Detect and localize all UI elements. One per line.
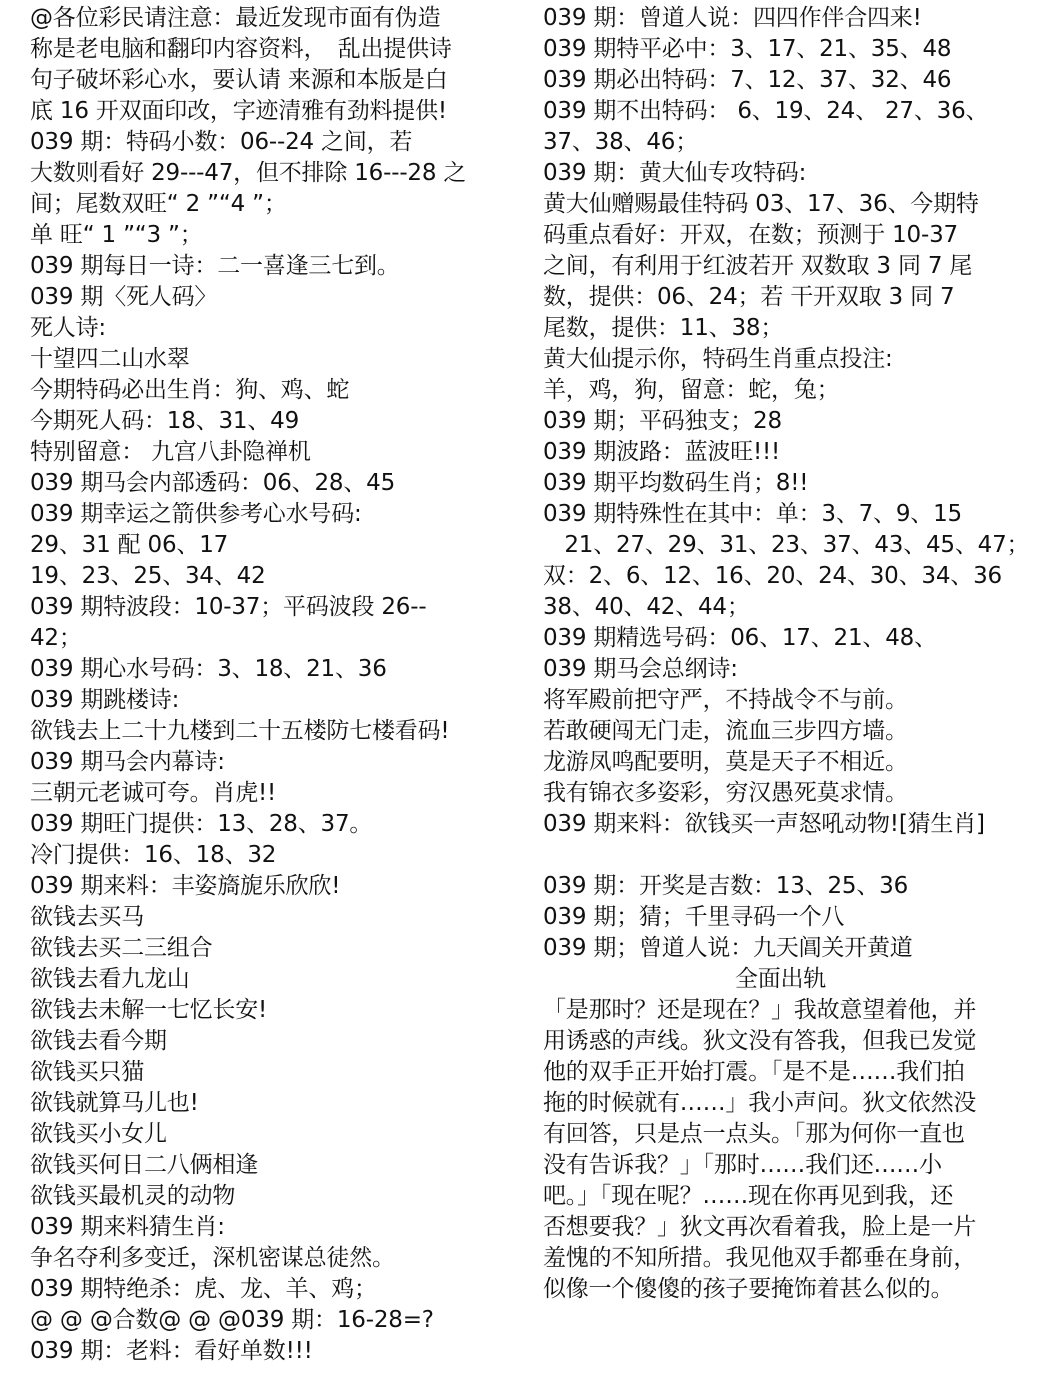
text-line: 码重点看好：开双，在数；预测于 10-37 [543,220,1018,251]
text-line: 欲钱去未解一七忆长安! [30,995,510,1026]
text-line: 42； [30,623,510,654]
text-line: 37、38、46； [543,127,1018,158]
text-line: 今期死人码：18、31、49 [30,406,510,437]
text-line: @各位彩民请注意：最近发现市面有伪造 [30,3,510,34]
text-line: 039 期；平码独支；28 [543,406,1018,437]
text-line: 欲钱去看九龙山 [30,964,510,995]
story-line: 否想要我？」狄文再次看着我，脸上是一片 [543,1212,1018,1243]
text-line: 黄大仙提示你，特码生肖重点投注: [543,344,1018,375]
text-line: 039 期：老料：看好单数!!! [30,1336,510,1367]
text-line: 欲钱就算马儿也! [30,1088,510,1119]
text-line: 039 期旺门提供：13、28、37。 [30,809,510,840]
story-line: 他的双手正开始打震。「是不是……我们拍 [543,1057,1018,1088]
left-column: @各位彩民请注意：最近发现市面有伪造 称是老电脑和翻印内容资料， 乱出提供诗 句… [30,3,510,1367]
text-line: 039 期：特码小数：06--24 之间，若 [30,127,510,158]
right-column: 039 期：曾道人说：四四作伴合四来! 039 期特平必中：3、17、21、35… [543,3,1018,1305]
poem-line: 若敢硬闯无门走，流血三步四方墙。 [543,716,1018,747]
story-line: 有回答，只是点一点头。「那为何你一直也 [543,1119,1018,1150]
blank-line [543,840,1018,871]
text-line: 欲钱去看今期 [30,1026,510,1057]
story-paragraph: 「是那时？还是现在？」我故意望着他，并 用诱惑的声线。狄文没有答我，但我已发觉 … [543,995,1018,1305]
story-line: 羞愧的不知所措。我见他双手都垂在身前， [543,1243,1018,1274]
text-line: 039 期幸运之箭供参考心水号码: [30,499,510,530]
text-line: 039 期精选号码：06、17、21、48、 [543,623,1018,654]
story-line: 吧。」「现在呢？……现在你再见到我，还 [543,1181,1018,1212]
text-line: 039 期马会总纲诗: [543,654,1018,685]
text-line: 冷门提供：16、18、32 [30,840,510,871]
text-line: 039 期马会内幕诗: [30,747,510,778]
text-line: 大数则看好 29---47，但不排除 16---28 之 [30,158,510,189]
text-line: 欲钱去买马 [30,902,510,933]
text-line: 数，提供：06、24；若 干开双取 3 同 7 [543,282,1018,313]
text-line: 十望四二山水翠 [30,344,510,375]
text-line: 之间，有利用于红波若开 双数取 3 同 7 尾 [543,251,1018,282]
text-line: 039 期：曾道人说：四四作伴合四来! [543,3,1018,34]
text-line: 称是老电脑和翻印内容资料， 乱出提供诗 [30,34,510,65]
story-line: 用诱惑的声线。狄文没有答我，但我已发觉 [543,1026,1018,1057]
text-line: 039 期特绝杀：虎、龙、羊、鸡； [30,1274,510,1305]
poem-line: 将军殿前把守严，不持战令不与前。 [543,685,1018,716]
text-line: 039 期特波段：10-37；平码波段 26-- [30,592,510,623]
text-line: 21、27、29、31、23、37、43、45、47； [543,530,1018,561]
text-line: 特别留意： 九宫八卦隐禅机 [30,437,510,468]
text-line: 单 旺“ 1 ”“3 ”； [30,220,510,251]
text-line: 29、31 配 06、17 [30,530,510,561]
poem-line: 我有锦衣多姿彩，穷汉愚死莫求情。 [543,778,1018,809]
text-line: 句子破坏彩心水，要认请 来源和本版是白 [30,65,510,96]
text-line: 039 期马会内部透码：06、28、45 [30,468,510,499]
text-line: @ @ @合数@ @ @039 期：16-28=? [30,1305,510,1336]
text-line: 底 16 开双面印改，字迹清雅有劲料提供! [30,96,510,127]
text-line: 039 期波路：蓝波旺!!! [543,437,1018,468]
text-line: 黄大仙赠赐最佳特码 03、17、36、今期特 [543,189,1018,220]
story-line: 似像一个傻傻的孩子要掩饰着甚么似的。 [543,1274,1018,1305]
text-line: 039 期不出特码： 6、19、24、 27、36、 [543,96,1018,127]
text-line: 039 期平均数码生肖；8!! [543,468,1018,499]
text-line: 双：2、6、12、16、20、24、30、34、36 [543,561,1018,592]
text-line: 间；尾数双旺“ 2 ”“4 ”； [30,189,510,220]
text-line: 039 期：开奖是吉数：13、25、36 [543,871,1018,902]
text-line: 欲钱去买二三组合 [30,933,510,964]
text-line: 039 期来料：欲钱买一声怒吼动物![猜生肖] [543,809,1018,840]
text-line: 039 期必出特码：7、12、37、32、46 [543,65,1018,96]
text-line: 欲钱买何日二八俩相逢 [30,1150,510,1181]
text-line: 039 期：黄大仙专攻特码: [543,158,1018,189]
story-title: 全面出轨 [543,964,1018,995]
text-line: 039 期来料猜生肖: [30,1212,510,1243]
text-line: 38、40、42、44； [543,592,1018,623]
text-line: 羊，鸡，狗，留意：蛇，兔； [543,375,1018,406]
story-line: 「是那时？还是现在？」我故意望着他，并 [543,995,1018,1026]
text-line: 039 期特殊性在其中：单：3、7、9、15 [543,499,1018,530]
text-line: 039 期；猜；千里寻码一个八 [543,902,1018,933]
text-line: 039 期每日一诗：二一喜逢三七到。 [30,251,510,282]
text-line: 039 期；曾道人说：九天阊关开黄道 [543,933,1018,964]
text-line: 欲钱买最机灵的动物 [30,1181,510,1212]
text-line: 尾数，提供：11、38； [543,313,1018,344]
text-line: 欲钱买只猫 [30,1057,510,1088]
text-line: 欲钱买小女儿 [30,1119,510,1150]
text-line: 19、23、25、34、42 [30,561,510,592]
text-line: 今期特码必出生肖：狗、鸡、蛇 [30,375,510,406]
text-line: 死人诗: [30,313,510,344]
text-line: 039 期跳楼诗: [30,685,510,716]
poem-line: 龙游凤鸣配要明，莫是天子不相近。 [543,747,1018,778]
text-line: 039 期特平必中：3、17、21、35、48 [543,34,1018,65]
text-line: 争名夺利多变迁，深机密谋总徒然。 [30,1243,510,1274]
story-line: 拖的时候就有……」我小声问。狄文依然没 [543,1088,1018,1119]
text-line: 039 期〈死人码〉 [30,282,510,313]
text-line: 三朝元老诚可夸。肖虎!! [30,778,510,809]
text-line: 欲钱去上二十九楼到二十五楼防七楼看码! [30,716,510,747]
text-line: 039 期来料：丰姿旖旎乐欣欣! [30,871,510,902]
text-line: 039 期心水号码：3、18、21、36 [30,654,510,685]
story-line: 没有告诉我？」「那时……我们还……小 [543,1150,1018,1181]
